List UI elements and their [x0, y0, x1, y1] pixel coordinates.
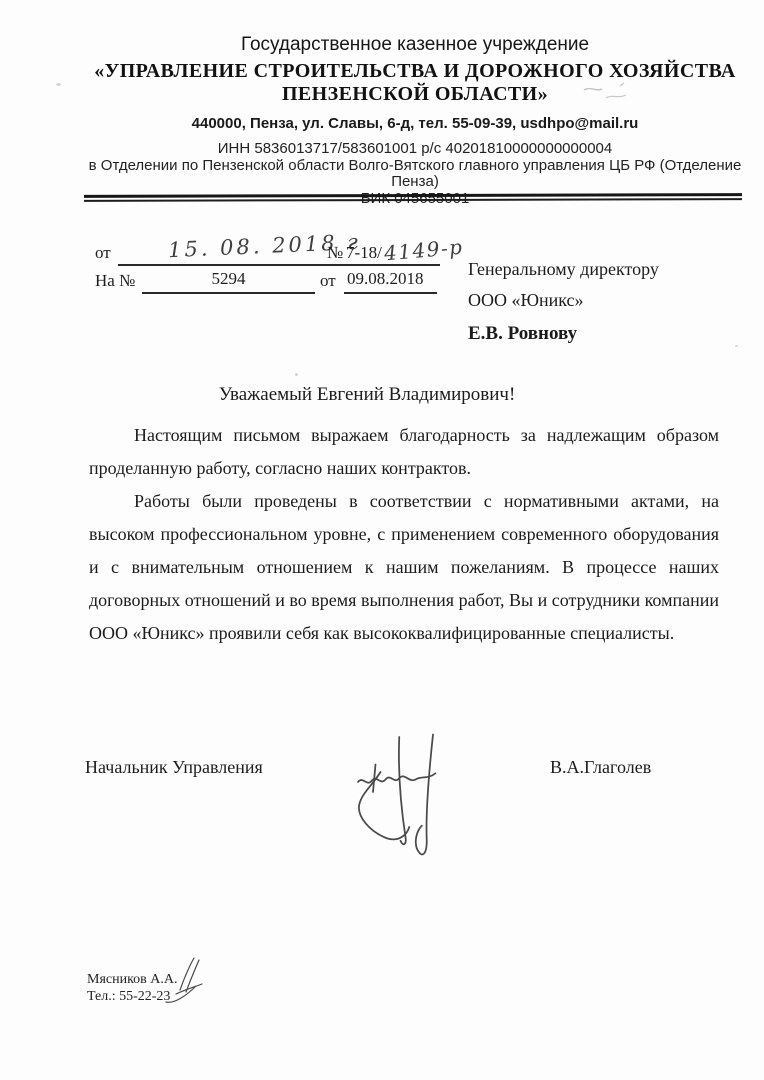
ref-out-number-typed: 7-18/: [346, 243, 382, 263]
ref-out-number-label: №: [327, 243, 343, 263]
ref-in-date-label: от: [320, 271, 336, 291]
body-paragraph-2: Работы были проведены в соответствии с н…: [89, 485, 719, 650]
ref-in-date: 09.08.2018: [347, 269, 424, 289]
letterhead-address: 440000, Пенза, ул. Славы, 6-д, тел. 55-0…: [66, 115, 764, 132]
recipient-block: Генеральному директору ООО «Юникс» Е.В. …: [468, 260, 728, 343]
org-type-line: Государственное казенное учреждение: [66, 34, 764, 55]
letterhead-inn: ИНН 5836013717/583601001 р/с 40201810000…: [66, 141, 764, 158]
signer-position: Начальник Управления: [85, 757, 263, 778]
salutation: Уважаемый Евгений Владимирович!: [0, 384, 734, 406]
org-name-line1: «УПРАВЛЕНИЕ СТРОИТЕЛЬСТВА И ДОРОЖНОГО ХО…: [66, 60, 764, 83]
org-name-line2: ПЕНЗЕНСКОЙ ОБЛАСТИ»: [66, 83, 764, 106]
letter-body: Настоящим письмом выражаем благодарность…: [89, 419, 719, 650]
ref-out-number-handwritten: 4149-р: [383, 235, 464, 266]
ref-in-number-underline: [142, 291, 315, 294]
ref-out-date-underline: [118, 263, 355, 266]
recipient-name: Е.В. Ровнову: [468, 324, 728, 343]
org-name: «УПРАВЛЕНИЕ СТРОИТЕЛЬСТВА И ДОРОЖНОГО ХО…: [66, 60, 764, 106]
scan-speck: [735, 345, 738, 347]
signer-name: В.А.Глаголев: [550, 757, 651, 778]
recipient-company: ООО «Юникс»: [468, 291, 728, 310]
ref-out-label: от: [95, 243, 111, 263]
scan-smudge: [580, 80, 632, 104]
letterhead-bank: в Отделении по Пензенской области Волго-…: [66, 158, 764, 191]
scan-speck: [295, 373, 298, 376]
letterhead: Государственное казенное учреждение «УПР…: [66, 34, 764, 207]
ref-in-date-underline: [344, 291, 437, 294]
body-paragraph-1: Настоящим письмом выражаем благодарность…: [89, 419, 719, 485]
director-signature: [328, 722, 478, 872]
scanned-letter-page: Государственное казенное учреждение «УПР…: [0, 0, 764, 1080]
ref-in-label: На №: [95, 271, 135, 291]
recipient-title: Генеральному директору: [468, 260, 728, 279]
ref-in-number: 5294: [142, 269, 315, 289]
scan-speck: [56, 83, 61, 86]
executor-initials-signature: [158, 950, 213, 1008]
